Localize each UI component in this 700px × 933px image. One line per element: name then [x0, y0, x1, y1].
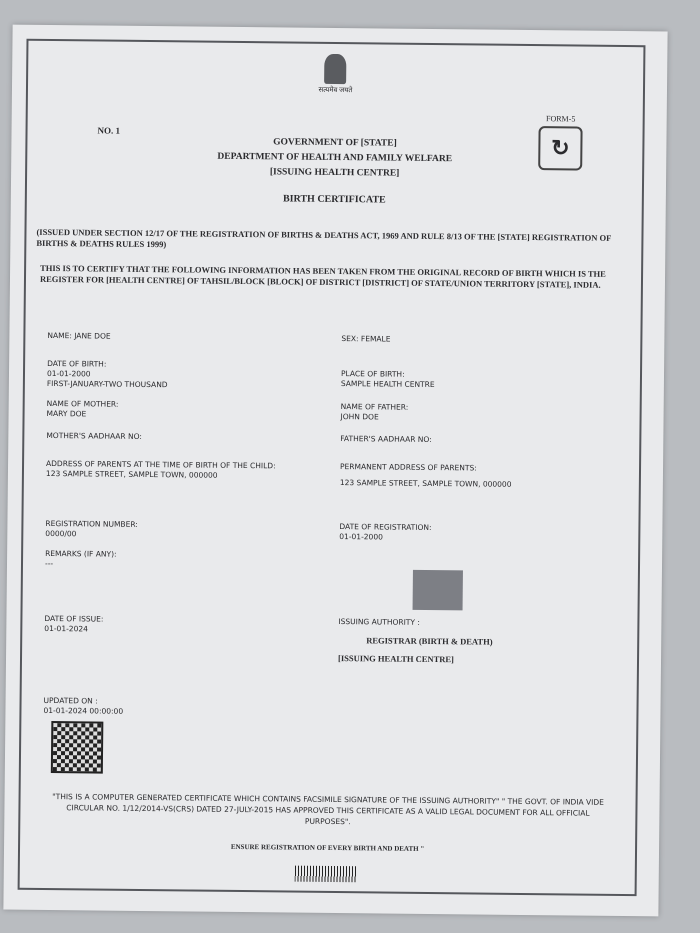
father-aadhaar: FATHER'S AADHAAR NO:: [340, 434, 432, 445]
child-sex: SEX: FEMALE: [341, 334, 390, 345]
registration-number-value: 0000/00: [45, 529, 138, 540]
certificate-paper: सत्यमेव जयते NO. 1 FORM-5 ↻ GOVERNMENT O…: [3, 25, 667, 917]
remarks-value: ---: [45, 559, 117, 570]
issue-date-value: 01-01-2024: [44, 624, 103, 635]
pob-block: PLACE OF BIRTH: SAMPLE HEALTH CENTRE: [341, 369, 435, 390]
mother-aadhaar: MOTHER'S AADHAAR NO:: [46, 431, 142, 442]
emblem-caption: सत्यमेव जयते: [318, 86, 352, 94]
certificate-border: सत्यमेव जयते NO. 1 FORM-5 ↻ GOVERNMENT O…: [18, 39, 646, 896]
certification-statement: THIS IS TO CERTIFY THAT THE FOLLOWING IN…: [40, 263, 627, 291]
child-name: NAME: JANE DOE: [47, 331, 110, 342]
birth-address-value: 123 SAMPLE STREET, SAMPLE TOWN, 000000: [46, 469, 331, 482]
issuer-heading: GOVERNMENT OF [STATE] DEPARTMENT OF HEAL…: [27, 133, 642, 184]
document-title: BIRTH CERTIFICATE: [27, 191, 642, 208]
ensure-registration-text: ENSURE REGISTRATION OF EVERY BIRTH AND D…: [20, 841, 635, 855]
dob-block: DATE OF BIRTH: 01-01-2000 FIRST-JANUARY-…: [47, 359, 168, 390]
facsimile-signature: [413, 570, 463, 611]
disclaimer-text: "THIS IS A COMPUTER GENERATED CERTIFICAT…: [50, 791, 605, 830]
mother-block: NAME OF MOTHER: MARY DOE: [47, 399, 119, 420]
issue-date-label: DATE OF ISSUE:: [44, 614, 103, 625]
mother-value: MARY DOE: [47, 409, 119, 420]
father-block: NAME OF FATHER: JOHN DOE: [341, 402, 409, 423]
pob-value: SAMPLE HEALTH CENTRE: [341, 379, 435, 390]
registration-number-block: REGISTRATION NUMBER: 0000/00: [45, 519, 138, 540]
remarks-label: REMARKS (IF ANY):: [45, 549, 117, 560]
updated-value: 01-01-2024 00:00:00: [43, 706, 123, 717]
remarks-block: REMARKS (IF ANY): ---: [45, 549, 117, 570]
legal-basis: (ISSUED UNDER SECTION 12/17 OF THE REGIS…: [36, 227, 627, 255]
registration-date-value: 01-01-2000: [339, 532, 431, 543]
national-emblem: सत्यमेव जयते: [318, 54, 352, 95]
emblem-icon: [325, 54, 347, 84]
issuing-authority-block: ISSUING AUTHORITY : REGISTRAR (BIRTH & D…: [338, 617, 493, 665]
registration-date-block: DATE OF REGISTRATION: 01-01-2000: [339, 522, 431, 543]
permanent-address-value: 123 SAMPLE STREET, SAMPLE TOWN, 000000: [340, 478, 560, 490]
qr-code: [51, 721, 104, 774]
authority-role: REGISTRAR (BIRTH & DEATH): [366, 635, 492, 646]
father-label: NAME OF FATHER:: [341, 402, 409, 413]
issue-date-block: DATE OF ISSUE: 01-01-2024: [44, 614, 103, 635]
updated-block: UPDATED ON : 01-01-2024 00:00:00: [43, 696, 123, 717]
permanent-address-label: PERMANENT ADDRESS OF PARENTS:: [340, 462, 560, 474]
barcode: [295, 866, 357, 883]
issuing-authority-label: ISSUING AUTHORITY :: [338, 617, 492, 629]
birth-address-block: ADDRESS OF PARENTS AT THE TIME OF BIRTH …: [46, 459, 331, 482]
permanent-address-block: PERMANENT ADDRESS OF PARENTS: 123 SAMPLE…: [340, 462, 560, 490]
dob-words: FIRST-JANUARY-TWO THOUSAND: [47, 379, 168, 390]
authority-office: [ISSUING HEALTH CENTRE]: [338, 653, 492, 665]
form-label: FORM-5: [539, 114, 583, 123]
father-value: JOHN DOE: [341, 412, 409, 423]
